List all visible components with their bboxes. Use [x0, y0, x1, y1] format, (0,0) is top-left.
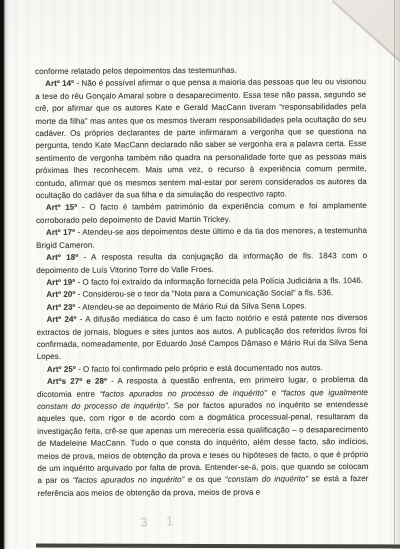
scan-edge-right — [394, 0, 400, 549]
paragraph-segment: Artº 19º — [46, 278, 75, 287]
scan-edge-left — [0, 0, 10, 549]
paragraph-segment: Artº 23º — [46, 302, 75, 311]
paragraph-segment: Artº 24º — [47, 315, 77, 324]
paragraph-segment: Artºs 27º e 28º — [47, 377, 107, 386]
paragraph-segment: - A resposta resulta da conjugação da in… — [36, 251, 367, 274]
paragraph-segment: e os que — [184, 475, 225, 484]
paragraph-segment: “constam do inquérito” — [225, 475, 308, 485]
paragraph: Artº 14º - Não é possível afirmar o que … — [35, 76, 367, 202]
paragraph-segment: - Considerou-se o teor da “Nota para a C… — [75, 288, 333, 299]
paragraph-segment: Artº 20º — [46, 290, 75, 299]
paragraph: Artº 20º - Considerou-se o teor da “Nota… — [36, 287, 367, 301]
paragraph-segment: “factos apurados no inquérito” — [73, 476, 185, 486]
paragraph: Artº 15º - O facto é também património d… — [36, 200, 367, 227]
paragraph-segment: e — [267, 388, 281, 397]
paragraph-segment: - O facto foi confirmado pelo próprio e … — [76, 363, 323, 374]
paragraph-segment: conforme relatado pelos depoimentos das … — [35, 66, 237, 76]
handwritten-marks: 3 1 — [133, 513, 181, 531]
paragraph-segment: Artº 17º — [46, 228, 75, 237]
paragraph-segment: - Atendeu-se aos depoimentos deste últim… — [36, 226, 367, 249]
paragraph-segment: - Atendeu-se ao depoimento de Mário Rui … — [75, 301, 306, 311]
paragraph: Artº 24º - A difusão mediática do caso é… — [37, 312, 368, 364]
paragraph-segment: - O facto é também património da experiê… — [36, 201, 367, 224]
paragraph-segment: - A difusão mediática do caso é um facto… — [37, 313, 368, 361]
paragraph-segment: Artº 18º — [46, 253, 78, 262]
paragraph-segment: - O facto foi extraído da informação for… — [75, 276, 363, 287]
document-text: conforme relatado pelos depoimentos das … — [35, 64, 369, 500]
paragraph: Artº 17º - Atendeu-se aos depoimentos de… — [36, 225, 367, 252]
paragraph-segment: Artº 14º — [45, 79, 74, 88]
handwritten-mark: 3 — [133, 514, 156, 531]
handwritten-mark: 1 — [158, 513, 181, 530]
paragraph: Artº 18º - A resposta resulta da conjuga… — [36, 250, 367, 277]
scanned-page: conforme relatado pelos depoimentos das … — [0, 0, 400, 549]
paragraph: Artºs 27º e 28º - A resposta à questão e… — [37, 374, 369, 500]
paragraph-segment: . Se por factos apurados no inquérito se… — [37, 400, 368, 485]
paragraph-segment: Artº 15º — [46, 203, 77, 212]
paragraph-segment: Artº 25º — [47, 365, 76, 374]
scan-edge-bottom — [36, 544, 400, 549]
paragraph-segment: “factos apurados no processo de inquérit… — [100, 388, 267, 398]
paragraph-segment: - Não é possível afirmar o que pensa a m… — [35, 77, 367, 200]
